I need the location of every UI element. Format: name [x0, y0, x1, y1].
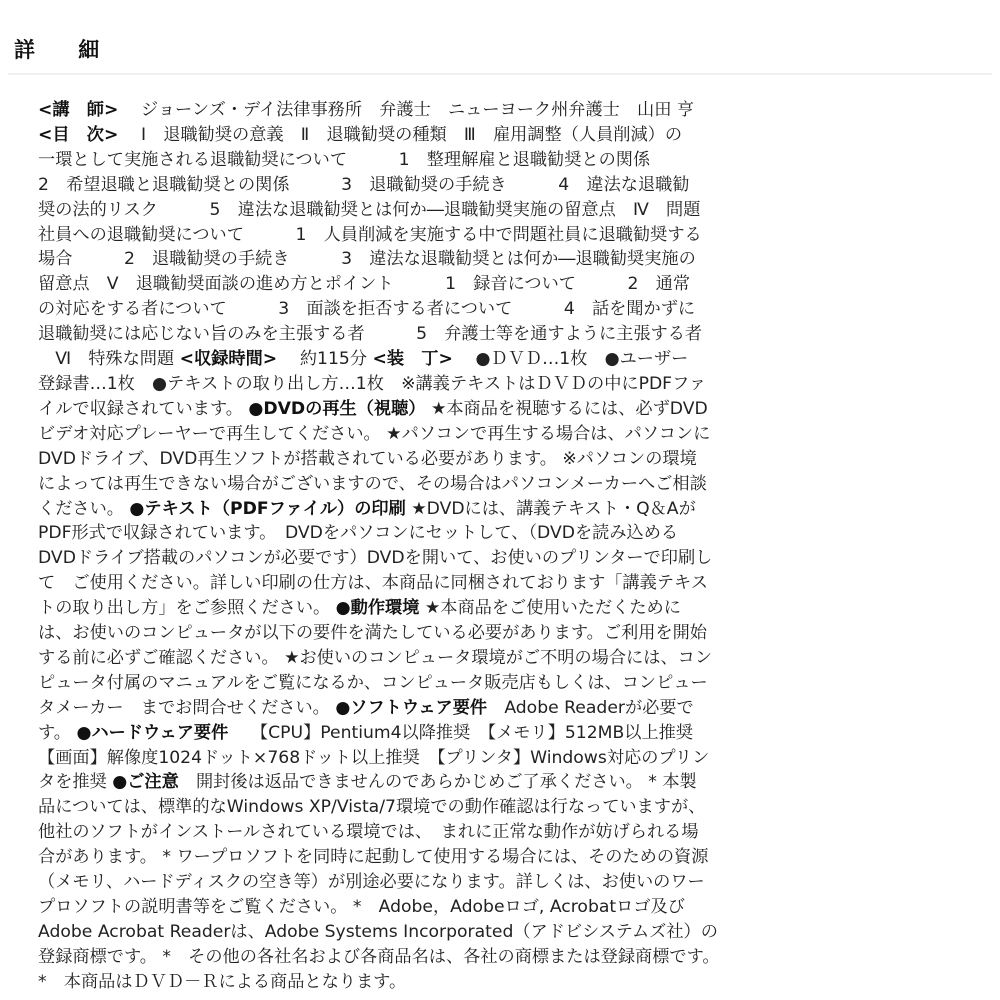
text-segment: ピュータ付属のマニュアルをご覧になるか、コンピュータ販売店もしくは、コンピュー	[38, 673, 708, 693]
description-line: 社員への退職勧奨について 1 人員削減を実施する中で問題社員に退職勧奨する	[38, 223, 962, 248]
text-segment: の対応をする者について 3 面談を拒否する者について 4 話を聞かずに	[38, 299, 695, 319]
description-line: 場合 2 退職勧奨の手続き 3 違法な退職勧奨とは何か―退職勧奨実施の	[38, 247, 962, 272]
text-segment: 登録書…1枚 ●テキストの取り出し方…1枚 ※講義テキストはＤＶＤの中にPDFフ…	[38, 374, 706, 394]
text-segment: 登録商標です。 * その他の各社名および各商品名は、各社の商標または登録商標です…	[38, 947, 720, 967]
text-segment: 社員への退職勧奨について 1 人員削減を実施する中で問題社員に退職勧奨する	[38, 225, 702, 245]
description-line: ビデオ対応プレーヤーで再生してください。 ★パソコンで再生する場合は、パソコンに	[38, 422, 962, 447]
bold-heading: ●ハードウェア要件	[76, 723, 228, 743]
description-line: ピュータ付属のマニュアルをご覧になるか、コンピュータ販売店もしくは、コンピュー	[38, 671, 962, 696]
description-line: す。 ●ハードウェア要件 【CPU】Pentium4以降推奨 【メモリ】512M…	[38, 721, 962, 746]
description-line: DVDドライブ、DVD再生ソフトが搭載されている必要があります。 ※パソコンの環…	[38, 447, 962, 472]
text-segment: DVDドライブ、DVD再生ソフトが搭載されている必要があります。 ※パソコンの環…	[38, 449, 697, 469]
bold-heading: ●ソフトウェア要件	[335, 698, 487, 718]
text-segment: DVDドライブ搭載のパソコンが必要です）DVDを開いて、お使いのプリンターで印刷…	[38, 548, 712, 568]
text-segment: 奨の法的リスク 5 違法な退職勧奨とは何か―退職勧奨実施の留意点 Ⅳ 問題	[38, 200, 700, 220]
description-line: によっては再生できない場合がございますので、その場合はパソコンメーカーへご相談	[38, 472, 962, 497]
description-line: する前に必ずご確認ください。 ★お使いのコンピュータ環境がご不明の場合には、コン	[38, 646, 962, 671]
text-segment: イルで収録されています。	[38, 399, 248, 419]
text-segment: 【画面】解像度1024ドット×768ドット以上推奨 【プリンタ】Windows対…	[38, 748, 709, 768]
text-segment: 一環として実施される退職勧奨について 1 整理解雇と退職勧奨との関係	[38, 150, 650, 170]
description-line: 2 希望退職と退職勧奨との関係 3 退職勧奨の手続き 4 違法な退職勧	[38, 173, 962, 198]
product-description: <講 師> ジョーンズ・デイ法律事務所 弁護士 ニューヨーク州弁護士 山田 亨<…	[38, 98, 962, 995]
text-segment: によっては再生できない場合がございますので、その場合はパソコンメーカーへご相談	[38, 474, 707, 494]
description-line: * 本商品はＤＶＤ－Ｒによる商品となります。	[38, 970, 962, 995]
description-line: Adobe Acrobat Readerは、Adobe Systems Inco…	[38, 920, 962, 945]
section-title: 詳 細	[14, 34, 117, 64]
text-segment: タメーカー までお問合せください。	[38, 698, 335, 718]
description-line: 【画面】解像度1024ドット×768ドット以上推奨 【プリンタ】Windows対…	[38, 746, 962, 771]
description-line: 合があります。 * ワープロソフトを同時に起動して使用する場合には、そのための資…	[38, 845, 962, 870]
description-line: 退職勧奨には応じない旨のみを主張する者 5 弁護士等を通すように主張する者	[38, 322, 962, 347]
description-line: プロソフトの説明書等をご覧ください。 * Adobe，Adobeロゴ, Acro…	[38, 895, 962, 920]
description-line: 奨の法的リスク 5 違法な退職勧奨とは何か―退職勧奨実施の留意点 Ⅳ 問題	[38, 198, 962, 223]
text-segment: Adobe Acrobat Readerは、Adobe Systems Inco…	[38, 922, 718, 942]
bold-heading: ●テキスト（PDFファイル）の印刷	[129, 499, 405, 519]
text-segment: 場合 2 退職勧奨の手続き 3 違法な退職勧奨とは何か―退職勧奨実施の	[38, 249, 696, 269]
description-line: Ⅵ 特殊な問題 <収録時間> 約115分 <装 丁> ●ＤＶＤ…1枚 ●ユーザー	[38, 347, 962, 372]
description-line: <目 次> Ⅰ 退職勧奨の意義 Ⅱ 退職勧奨の種類 Ⅲ 雇用調整（人員削減）の	[38, 123, 962, 148]
text-segment: * 本商品はＤＶＤ－Ｒによる商品となります。	[38, 972, 406, 992]
text-segment: （メモリ、ハードディスクの空き等）が別途必要になります。詳しくは、お使いのワー	[38, 872, 705, 892]
description-line: タを推奨 ●ご注意 開封後は返品できませんのであらかじめご了承ください。 * 本…	[38, 770, 962, 795]
description-line: 一環として実施される退職勧奨について 1 整理解雇と退職勧奨との関係	[38, 148, 962, 173]
text-segment: す。	[38, 723, 76, 743]
description-line: 留意点 Ⅴ 退職勧奨面談の進め方とポイント 1 録音について 2 通常	[38, 272, 962, 297]
bold-heading: <装 丁>	[373, 349, 453, 369]
description-line: の対応をする者について 3 面談を拒否する者について 4 話を聞かずに	[38, 297, 962, 322]
bold-heading: ●DVDの再生（視聴）	[248, 399, 425, 419]
text-segment: タを推奨	[38, 772, 112, 792]
text-segment: ★DVDには、講義テキスト・Q＆Aが	[406, 499, 696, 519]
description-line: DVDドライブ搭載のパソコンが必要です）DVDを開いて、お使いのプリンターで印刷…	[38, 546, 962, 571]
description-line: 他社のソフトがインストールされている環境では、 まれに正常な動作が妨げられる場	[38, 820, 962, 845]
bold-heading: <講 師>	[38, 100, 118, 120]
text-segment: Ⅵ 特殊な問題	[38, 349, 180, 369]
bold-heading: ●動作環境	[336, 598, 420, 618]
description-line: トの取り出し方」をご参照ください。 ●動作環境 ★本商品をご使用いただくために	[38, 596, 962, 621]
text-segment: トの取り出し方」をご参照ください。	[38, 598, 336, 618]
text-segment: 開封後は返品できませんのであらかじめご了承ください。 * 本製	[179, 772, 697, 792]
text-segment: する前に必ずご確認ください。 ★お使いのコンピュータ環境がご不明の場合には、コン	[38, 648, 712, 668]
text-segment: ジョーンズ・デイ法律事務所 弁護士 ニューヨーク州弁護士 山田 亨	[118, 100, 694, 120]
text-segment: 退職勧奨には応じない旨のみを主張する者 5 弁護士等を通すように主張する者	[38, 324, 702, 344]
text-segment: ビデオ対応プレーヤーで再生してください。 ★パソコンで再生する場合は、パソコンに	[38, 424, 710, 444]
description-line: タメーカー までお問合せください。 ●ソフトウェア要件 Adobe Reader…	[38, 696, 962, 721]
description-line: 品については、標準的なWindows XP/Vista/7環境での動作確認は行な…	[38, 795, 962, 820]
text-segment: て ご使用ください。詳しい印刷の仕方は、本商品に同梱されております「講義テキス	[38, 573, 708, 593]
description-line: イルで収録されています。 ●DVDの再生（視聴） ★本商品を視聴するには、必ずD…	[38, 397, 962, 422]
text-segment: 他社のソフトがインストールされている環境では、 まれに正常な動作が妨げられる場	[38, 822, 699, 842]
text-segment: ●ＤＶＤ…1枚 ●ユーザー	[453, 349, 688, 369]
description-line: PDF形式で収録されています。 DVDをパソコンにセットして、（DVDを読み込め…	[38, 521, 962, 546]
description-line: <講 師> ジョーンズ・デイ法律事務所 弁護士 ニューヨーク州弁護士 山田 亨	[38, 98, 962, 123]
description-line: 登録書…1枚 ●テキストの取り出し方…1枚 ※講義テキストはＤＶＤの中にPDFフ…	[38, 372, 962, 397]
bold-heading: <収録時間>	[180, 349, 278, 369]
description-line: ください。 ●テキスト（PDFファイル）の印刷 ★DVDには、講義テキスト・Q＆…	[38, 497, 962, 522]
title-divider	[8, 73, 992, 75]
text-segment: ください。	[38, 499, 129, 519]
bold-heading: ●ご注意	[112, 772, 179, 792]
text-segment: Adobe Readerが必要で	[487, 698, 694, 718]
text-segment: ★本商品を視聴するには、必ずDVD	[426, 399, 708, 419]
text-segment: 【CPU】Pentium4以降推奨 【メモリ】512MB以上推奨	[228, 723, 693, 743]
description-line: （メモリ、ハードディスクの空き等）が別途必要になります。詳しくは、お使いのワー	[38, 870, 962, 895]
text-segment: 2 希望退職と退職勧奨との関係 3 退職勧奨の手続き 4 違法な退職勧	[38, 175, 690, 195]
description-line: は、お使いのコンピュータが以下の要件を満たしている必要があります。ご利用を開始	[38, 621, 962, 646]
bold-heading: <目 次>	[38, 125, 118, 145]
text-segment: 留意点 Ⅴ 退職勧奨面談の進め方とポイント 1 録音について 2 通常	[38, 274, 690, 294]
text-segment: ★本商品をご使用いただくために	[419, 598, 681, 618]
description-line: 登録商標です。 * その他の各社名および各商品名は、各社の商標または登録商標です…	[38, 945, 962, 970]
description-line: て ご使用ください。詳しい印刷の仕方は、本商品に同梱されております「講義テキス	[38, 571, 962, 596]
text-segment: プロソフトの説明書等をご覧ください。 * Adobe，Adobeロゴ, Acro…	[38, 897, 685, 917]
text-segment: 約115分	[277, 349, 372, 369]
text-segment: PDF形式で収録されています。 DVDをパソコンにセットして、（DVDを読み込め…	[38, 523, 678, 543]
text-segment: Ⅰ 退職勧奨の意義 Ⅱ 退職勧奨の種類 Ⅲ 雇用調整（人員削減）の	[118, 125, 682, 145]
text-segment: 品については、標準的なWindows XP/Vista/7環境での動作確認は行な…	[38, 797, 705, 817]
text-segment: は、お使いのコンピュータが以下の要件を満たしている必要があります。ご利用を開始	[38, 623, 707, 643]
text-segment: 合があります。 * ワープロソフトを同時に起動して使用する場合には、そのための資…	[38, 847, 708, 867]
